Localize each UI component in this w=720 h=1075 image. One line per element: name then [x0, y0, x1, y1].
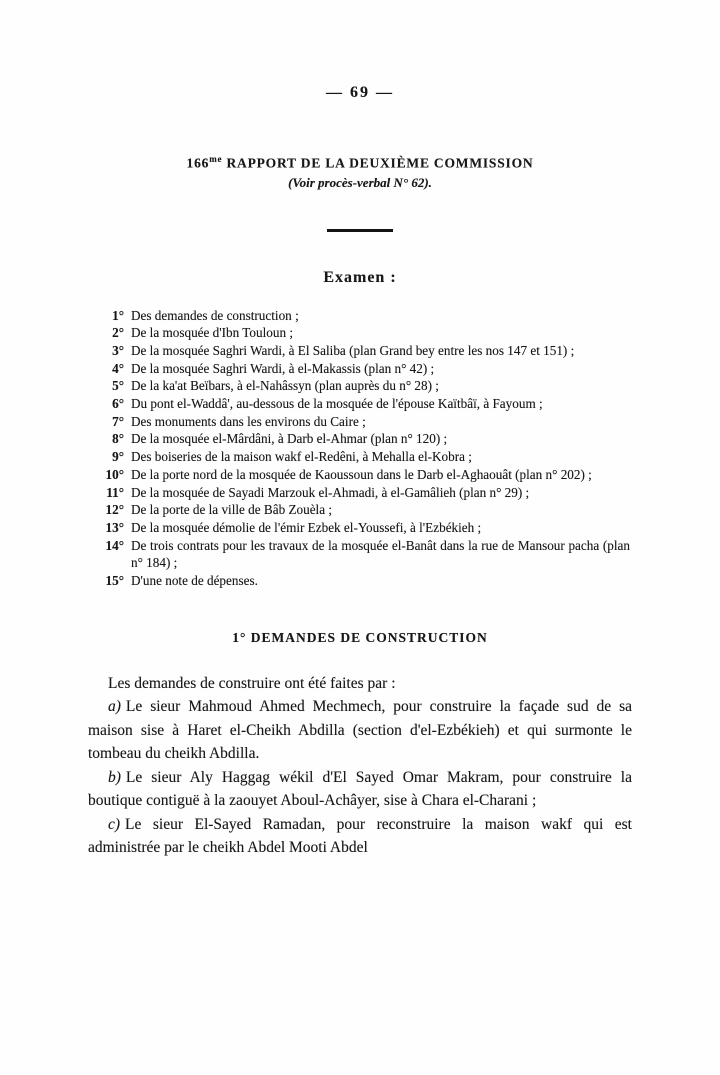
list-item-number: 7°: [98, 413, 131, 431]
paragraph: c)Le sieur El-Sayed Ramadan, pour recons…: [88, 813, 632, 860]
separator-rule: [327, 229, 393, 232]
list-item: 1° Des demandes de construction ;: [98, 307, 630, 325]
list-item: 9° Des boiseries de la maison wakf el-Re…: [98, 448, 630, 466]
list-item-number: 1°: [98, 307, 131, 325]
list-item-number: 3°: [98, 342, 131, 360]
paragraph-marker: c): [108, 816, 120, 833]
paragraph: Les demandes de construire ont été faite…: [88, 672, 632, 696]
list-item: 11° De la mosquée de Sayadi Marzouk el-A…: [98, 484, 630, 502]
list-item-text: De la ka'at Beïbars, à el-Nahâssyn (plan…: [131, 377, 630, 395]
list-item-number: 9°: [98, 448, 131, 466]
report-number-suffix: me: [209, 154, 222, 164]
list-item-number: 15°: [98, 572, 131, 590]
separator-rule-container: [0, 219, 720, 237]
list-item: 3° De la mosquée Saghri Wardi, à El Sali…: [98, 342, 630, 360]
paragraph-marker: a): [108, 698, 121, 715]
list-item-number: 5°: [98, 377, 131, 395]
report-title: 166me RAPPORT DE LA DEUXIÈME COMMISSION: [0, 154, 720, 172]
list-item: 14° De trois contrats pour les travaux d…: [98, 537, 630, 572]
list-item-text: De la mosquée Saghri Wardi, à el-Makassi…: [131, 360, 630, 378]
paragraph: a)Le sieur Mahmoud Ahmed Mechmech, pour …: [88, 695, 632, 766]
list-item-text: De la mosquée el-Mârdâni, à Darb el-Ahma…: [131, 430, 630, 448]
paragraph: b)Le sieur Aly Haggag wékil d'El Sayed O…: [88, 766, 632, 813]
list-item: 5° De la ka'at Beïbars, à el-Nahâssyn (p…: [98, 377, 630, 395]
list-item: 13° De la mosquée démolie de l'émir Ezbe…: [98, 519, 630, 537]
list-item-number: 12°: [98, 501, 131, 519]
list-item-text: De la porte nord de la mosquée de Kaouss…: [131, 466, 630, 484]
list-item: 12° De la porte de la ville de Bâb Zouèl…: [98, 501, 630, 519]
list-item: 10° De la porte nord de la mosquée de Ka…: [98, 466, 630, 484]
report-subtitle: (Voir procès-verbal N° 62).: [0, 175, 720, 191]
list-item: 7° Des monuments dans les environs du Ca…: [98, 413, 630, 431]
report-title-text: RAPPORT DE LA DEUXIÈME COMMISSION: [226, 156, 533, 171]
document-page: — 69 — 166me RAPPORT DE LA DEUXIÈME COMM…: [0, 0, 720, 1075]
list-item-text: Des demandes de construction ;: [131, 307, 630, 325]
list-item-number: 2°: [98, 324, 131, 342]
list-item-number: 8°: [98, 430, 131, 448]
section-heading: 1° DEMANDES DE CONSTRUCTION: [0, 630, 720, 646]
list-item: 8° De la mosquée el-Mârdâni, à Darb el-A…: [98, 430, 630, 448]
examen-list: 1° Des demandes de construction ; 2° De …: [98, 307, 630, 590]
report-number: 166: [187, 156, 210, 171]
paragraph-text: Le sieur El-Sayed Ramadan, pour reconstr…: [88, 816, 632, 857]
list-item-number: 11°: [98, 484, 131, 502]
list-item: 15° D'une note de dépenses.: [98, 572, 630, 590]
list-item-text: Du pont el-Waddâ', au-dessous de la mosq…: [131, 395, 630, 413]
list-item-text: D'une note de dépenses.: [131, 572, 630, 590]
list-item-text: De la porte de la ville de Bâb Zouèla ;: [131, 501, 630, 519]
list-item-text: Des boiseries de la maison wakf el-Redên…: [131, 448, 630, 466]
list-item-number: 13°: [98, 519, 131, 537]
paragraph-text: Les demandes de construire ont été faite…: [108, 675, 396, 692]
list-item-number: 10°: [98, 466, 131, 484]
list-item-text: De trois contrats pour les travaux de la…: [131, 537, 630, 572]
examen-heading: Examen :: [0, 269, 720, 287]
list-item-text: De la mosquée démolie de l'émir Ezbek el…: [131, 519, 630, 537]
list-item-text: De la mosquée d'Ibn Touloun ;: [131, 324, 630, 342]
list-item: 2° De la mosquée d'Ibn Touloun ;: [98, 324, 630, 342]
list-item: 6° Du pont el-Waddâ', au-dessous de la m…: [98, 395, 630, 413]
list-item: 4° De la mosquée Saghri Wardi, à el-Maka…: [98, 360, 630, 378]
list-item-text: De la mosquée Saghri Wardi, à El Saliba …: [131, 342, 630, 360]
list-item-text: De la mosquée de Sayadi Marzouk el-Ahmad…: [131, 484, 630, 502]
paragraph-text: Le sieur Aly Haggag wékil d'El Sayed Oma…: [88, 769, 632, 810]
paragraph-text: Le sieur Mahmoud Ahmed Mechmech, pour co…: [88, 698, 632, 762]
page-number: — 69 —: [0, 84, 720, 102]
paragraph-marker: b): [108, 769, 121, 786]
body-paragraphs: Les demandes de construire ont été faite…: [88, 672, 632, 860]
list-item-text: Des monuments dans les environs du Caire…: [131, 413, 630, 431]
list-item-number: 4°: [98, 360, 131, 378]
list-item-number: 14°: [98, 537, 131, 572]
list-item-number: 6°: [98, 395, 131, 413]
